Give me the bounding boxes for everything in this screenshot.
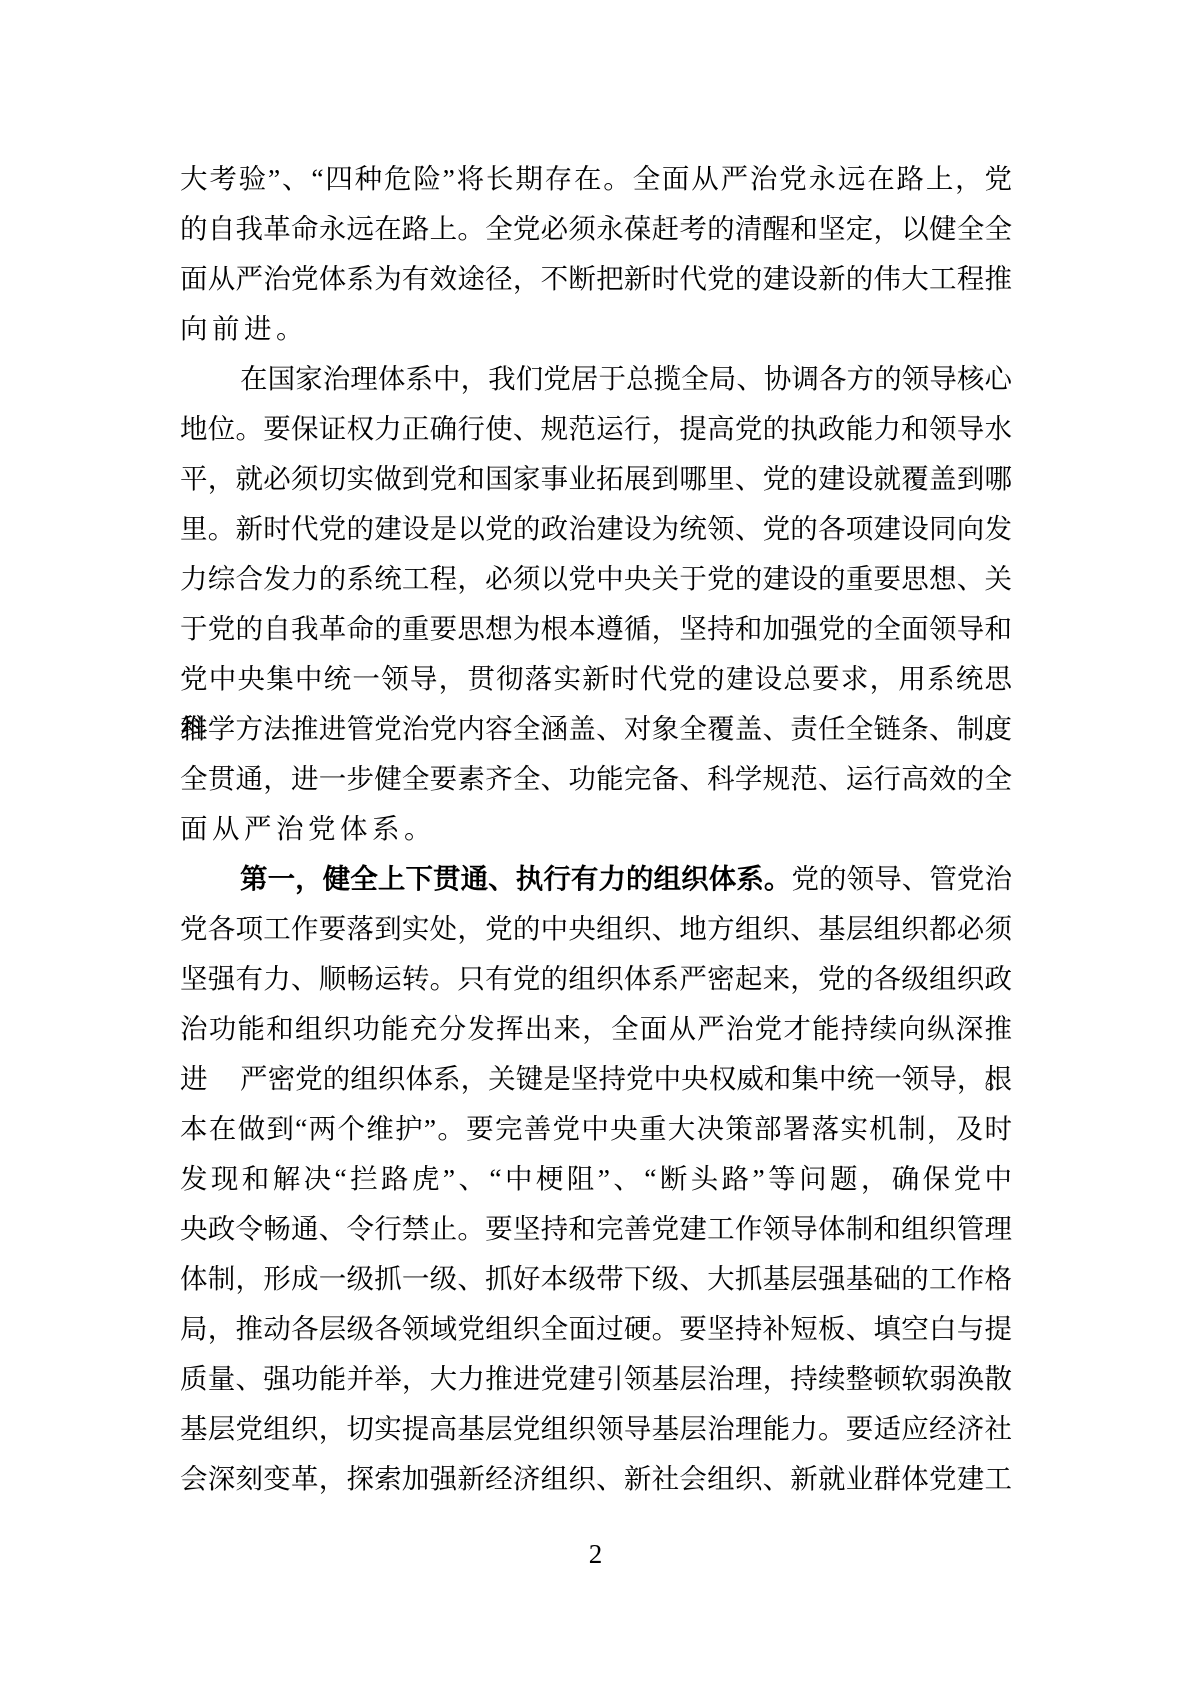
section-heading: 第一，健全上下贯通、执行有力的组织体系。 — [240, 863, 791, 894]
text-line: 治功能和组织功能充分发挥出来，全面从严治党才能持续向纵深推进。 — [180, 1004, 1012, 1054]
text-line: 力综合发力的系统工程，必须以党中央关于党的建设的重要思想、关 — [180, 554, 1012, 604]
text-line: 全贯通，进一步健全要素齐全、功能完备、科学规范、运行高效的全 — [180, 754, 1012, 804]
text-line: 的自我革命永远在路上。全党必须永葆赶考的清醒和坚定，以健全全 — [180, 204, 1012, 254]
text-line: 大考验”、“四种危险”将长期存在。全面从严治党永远在路上，党 — [180, 154, 1012, 204]
text-line: 央政令畅通、令行禁止。要坚持和完善党建工作领导体制和组织管理 — [180, 1204, 1012, 1254]
text-line: 向前进。 — [180, 304, 1012, 354]
text-line: 严密党的组织体系，关键是坚持党中央权威和集中统一领导，根 — [180, 1054, 1012, 1104]
text-line: 会深刻变革，探索加强新经济组织、新社会组织、新就业群体党建工 — [180, 1454, 1012, 1504]
text-line: 本在做到“两个维护”。要完善党中央重大决策部署落实机制，及时 — [180, 1104, 1012, 1154]
page-number: 2 — [0, 1541, 1191, 1568]
text-line: 发现和解决“拦路虎”、“中梗阻”、“断头路”等问题，确保党中 — [180, 1154, 1012, 1204]
text-line: 平，就必须切实做到党和国家事业拓展到哪里、党的建设就覆盖到哪 — [180, 454, 1012, 504]
text-line: 于党的自我革命的重要思想为根本遵循，坚持和加强党的全面领导和 — [180, 604, 1012, 654]
text-line: 坚强有力、顺畅运转。只有党的组织体系严密起来，党的各级组织政 — [180, 954, 1012, 1004]
document-body: 大考验”、“四种危险”将长期存在。全面从严治党永远在路上，党 的自我革命永远在路… — [180, 154, 1012, 1504]
paragraph-1: 大考验”、“四种危险”将长期存在。全面从严治党永远在路上，党 的自我革命永远在路… — [180, 154, 1012, 354]
text-line: 局，推动各层级各领域党组织全面过硬。要坚持补短板、填空白与提 — [180, 1304, 1012, 1354]
paragraph-4: 严密党的组织体系，关键是坚持党中央权威和集中统一领导，根 本在做到“两个维护”。… — [180, 1054, 1012, 1504]
text-line: 体制，形成一级抓一级、抓好本级带下级、大抓基层强基础的工作格 — [180, 1254, 1012, 1304]
text-line: 面从严治党体系为有效途径，不断把新时代党的建设新的伟大工程推 — [180, 254, 1012, 304]
text-run: 党的领导、管党治 — [791, 863, 1012, 894]
paragraph-3: 第一，健全上下贯通、执行有力的组织体系。党的领导、管党治 党各项工作要落到实处，… — [180, 854, 1012, 1054]
text-line: 在国家治理体系中，我们党居于总揽全局、协调各方的领导核心 — [180, 354, 1012, 404]
text-line: 里。新时代党的建设是以党的政治建设为统领、党的各项建设同向发 — [180, 504, 1012, 554]
text-line: 党各项工作要落到实处，党的中央组织、地方组织、基层组织都必须 — [180, 904, 1012, 954]
text-line: 地位。要保证权力正确行使、规范运行，提高党的执政能力和领导水 — [180, 404, 1012, 454]
text-line: 党中央集中统一领导，贯彻落实新时代党的建设总要求，用系统思维、 — [180, 654, 1012, 704]
text-line-with-heading: 第一，健全上下贯通、执行有力的组织体系。党的领导、管党治 — [180, 854, 1012, 904]
text-line: 质量、强功能并举，大力推进党建引领基层治理，持续整顿软弱涣散 — [180, 1354, 1012, 1404]
text-line: 基层党组织，切实提高基层党组织领导基层治理能力。要适应经济社 — [180, 1404, 1012, 1454]
text-line: 科学方法推进管党治党内容全涵盖、对象全覆盖、责任全链条、制度 — [180, 704, 1012, 754]
paragraph-2: 在国家治理体系中，我们党居于总揽全局、协调各方的领导核心 地位。要保证权力正确行… — [180, 354, 1012, 854]
text-line: 面从严治党体系。 — [180, 804, 1012, 854]
